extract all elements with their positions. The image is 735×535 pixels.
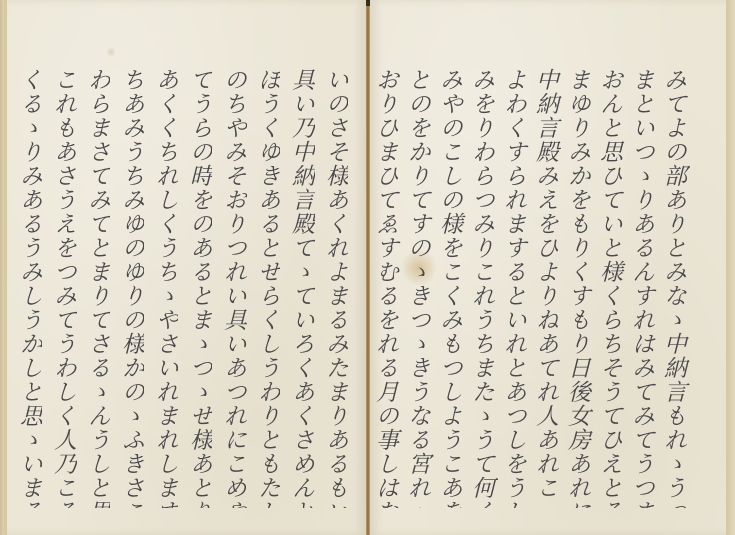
text-column: まゆりみかをもりくすもり日後女房あれに xyxy=(562,68,594,508)
text-column: おんと思ひていと様くらちそうてひえとそ xyxy=(594,68,626,508)
right-page-text-columns: みてよの部ありとみなゝ中納言もれゝうつし まといつゝりあるんすれはみてみてうつま… xyxy=(370,68,690,508)
text-column: とのをかりてすのゝきつゝきうなる宮れゝくを xyxy=(402,68,434,508)
paper-spot xyxy=(107,46,115,58)
text-column: みやのこしの様をこくみもつしようこあをれ xyxy=(434,68,466,508)
text-column: おりひまひてゑすむるをれる月の事しはなし xyxy=(370,68,402,508)
text-column: ほうくゆきあるとせらくしうわりともたし xyxy=(250,68,284,508)
text-column: あくくちれしくうちゝやさいれまれしまするあつ xyxy=(148,68,182,508)
right-page: みてよの部ありとみなゝ中納言もれゝうつし まといつゝりあるんすれはみてみてうつま… xyxy=(370,0,729,535)
text-column: みをりわらつみりこれうちまたゝうて何く xyxy=(466,68,498,508)
left-page-text-columns: いのさそ様あくれよまるみたまりあるもいて 具い乃中納言殿てゝていろくあくさめんと… xyxy=(12,68,352,508)
right-book-edge xyxy=(729,0,735,535)
text-column: 中納言殿みえをひよりねあてれ人あれこ xyxy=(530,68,562,508)
text-column: みてよの部ありとみなゝ中納言もれゝうつし xyxy=(658,68,690,508)
text-column: まといつゝりあるんすれはみてみてうつまり xyxy=(626,68,658,508)
text-column: てうらの時をのあるとまゝつゝせ様あとりてつかし xyxy=(182,68,216,508)
text-column: くるゝりみあるうみしうかしと思ゝいまそて xyxy=(12,68,46,508)
open-book-spread: いのさそ様あくれよまるみたまりあるもいて 具い乃中納言殿てゝていろくあくさめんと… xyxy=(0,0,735,535)
text-column: これもあさうえをつみてうわしく人乃こそや xyxy=(46,68,80,508)
text-column: いのさそ様あくれよまるみたまりあるもいて xyxy=(318,68,352,508)
text-column: わらまさてみてとまりてさるゝんうしと思あ xyxy=(80,68,114,508)
text-column: よわくすられまするといれとあつしをうしれ xyxy=(498,68,530,508)
text-column: ちあみうちみゆのゆりの様かのゝふきさこし xyxy=(114,68,148,508)
text-column: 具い乃中納言殿てゝていろくあくさめんとお xyxy=(284,68,318,508)
left-page: いのさそ様あくれよまるみたまりあるもいて 具い乃中納言殿てゝていろくあくさめんと… xyxy=(4,0,366,535)
text-column: のちやみそおりつれい具いあつれにこめやつに xyxy=(216,68,250,508)
